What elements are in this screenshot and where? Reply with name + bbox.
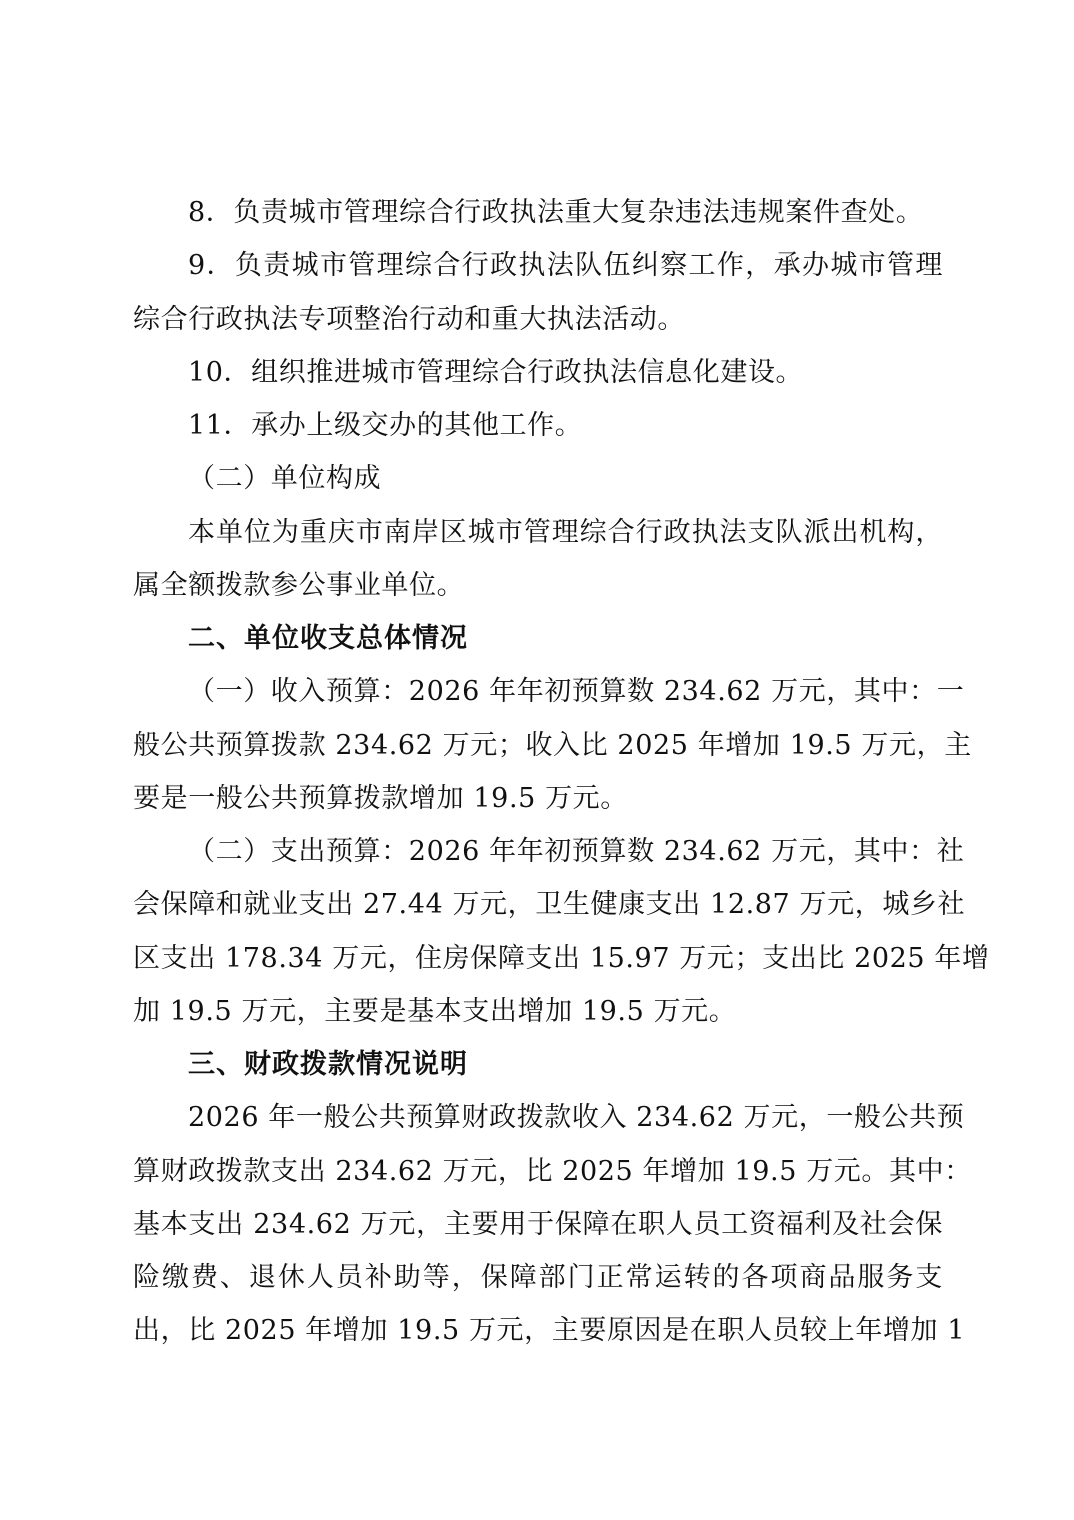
paragraph-line: 10．组织推进城市管理综合行政执法信息化建设。 [188,353,943,393]
paragraph-line: 出，比 2025 年增加 19.5 万元，主要原因是在职人员较上年增加 1 [133,1311,943,1351]
paragraph-line: 会保障和就业支出 27.44 万元，卫生健康支出 12.87 万元，城乡社 [133,885,943,925]
section-heading: 三、财政拨款情况说明 [188,1045,943,1085]
paragraph-line: 本单位为重庆市南岸区城市管理综合行政执法支队派出机构， [188,513,943,553]
paragraph-line: （二）支出预算：2026 年年初预算数 234.62 万元，其中：社 [188,832,943,872]
paragraph-line: 般公共预算拨款 234.62 万元；收入比 2025 年增加 19.5 万元，主 [133,726,943,766]
document-page: 8．负责城市管理综合行政执法重大复杂违法违规案件查处。9．负责城市管理综合行政执… [0,0,1074,1520]
paragraph-line: 属全额拨款参公事业单位。 [133,566,943,606]
paragraph-line: 2026 年一般公共预算财政拨款收入 234.62 万元，一般公共预 [188,1098,943,1138]
paragraph-line: 险缴费、退休人员补助等，保障部门正常运转的各项商品服务支 [133,1258,943,1298]
paragraph-line: （一）收入预算：2026 年年初预算数 234.62 万元，其中：一 [188,672,943,712]
paragraph-line: 8．负责城市管理综合行政执法重大复杂违法违规案件查处。 [188,193,943,233]
paragraph-line: （二）单位构成 [188,459,943,499]
paragraph-line: 要是一般公共预算拨款增加 19.5 万元。 [133,779,943,819]
paragraph-line: 基本支出 234.62 万元，主要用于保障在职人员工资福利及社会保 [133,1205,943,1245]
paragraph-line: 综合行政执法专项整治行动和重大执法活动。 [133,300,943,340]
paragraph-line: 算财政拨款支出 234.62 万元，比 2025 年增加 19.5 万元。其中： [133,1152,943,1192]
paragraph-line: 区支出 178.34 万元，住房保障支出 15.97 万元；支出比 2025 年… [133,939,943,979]
section-heading: 二、单位收支总体情况 [188,619,943,659]
paragraph-line: 加 19.5 万元，主要是基本支出增加 19.5 万元。 [133,992,943,1032]
paragraph-line: 9．负责城市管理综合行政执法队伍纠察工作，承办城市管理 [188,246,943,286]
paragraph-line: 11．承办上级交办的其他工作。 [188,406,943,446]
